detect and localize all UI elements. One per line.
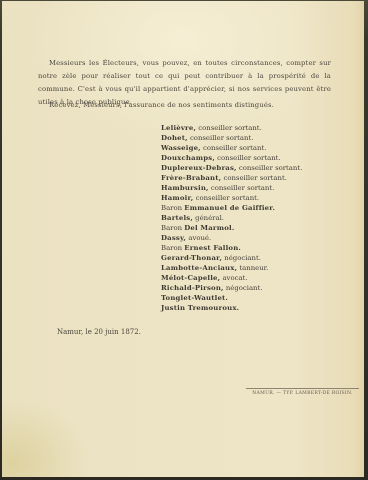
candidate-role: négociant. [224,284,263,292]
candidate-prefix: Baron [161,244,184,252]
candidate-role: avocat. [220,274,247,282]
candidate-name: Justin Tremouroux. [161,304,239,312]
candidate-row: Wasseige, conseiller sortant. [161,143,302,153]
candidate-list: Lelièvre, conseiller sortant. Dohet, con… [161,123,302,313]
candidate-row: Dassy, avoué. [161,233,302,243]
closing-line: Recevez, Messieurs, l'assurance de nos s… [38,99,331,112]
candidate-role: conseiller sortant. [193,194,259,202]
candidate-name: Lambotte-Anciaux, [161,264,237,272]
candidate-row: Baron Emmanuel de Gaiffier. [161,203,302,213]
candidate-row: Dohet, conseiller sortant. [161,133,302,143]
candidate-row: Hambursin, conseiller sortant. [161,183,302,193]
candidate-row: Douxchamps, conseiller sortant. [161,153,302,163]
date-line: Namur, le 20 juin 1872. [57,328,141,336]
candidate-name: Ernest Fallon. [184,244,241,252]
candidate-role: conseiller sortant. [221,174,287,182]
candidate-role: tanneur. [237,264,268,272]
candidate-row: Duplereux-Debras, conseiller sortant. [161,163,302,173]
candidate-role: avoué. [186,234,211,242]
candidate-name: Hambursin, [161,184,209,192]
candidate-row: Hamoir, conseiller sortant. [161,193,302,203]
candidate-name: Emmanuel de Gaiffier. [184,204,275,212]
candidate-role: conseiller sortant. [188,134,254,142]
candidate-row: Justin Tremouroux. [161,303,302,313]
candidate-role: conseiller sortant. [237,164,303,172]
candidate-row: Gerard-Thonar, négociant. [161,253,302,263]
candidate-role: négociant. [222,254,261,262]
candidate-row: Tonglet-Wautlet. [161,293,302,303]
candidate-name: Dohet, [161,134,188,142]
candidate-name: Tonglet-Wautlet. [161,294,228,302]
candidate-name: Duplereux-Debras, [161,164,237,172]
candidate-role: conseiller sortant. [201,144,267,152]
candidate-row: Richald-Pirson, négociant. [161,283,302,293]
candidate-name: Richald-Pirson, [161,284,224,292]
candidate-name: Lelièvre, [161,124,196,132]
candidate-row: Bartels, général. [161,213,302,223]
paper: Messieurs les Électeurs, vous pouvez, en… [2,1,364,477]
candidate-name: Wasseige, [161,144,201,152]
candidate-row: Lelièvre, conseiller sortant. [161,123,302,133]
candidate-name: Bartels, [161,214,193,222]
candidate-name: Mélot-Capelle, [161,274,220,282]
candidate-role: conseiller sortant. [215,154,281,162]
candidate-row: Baron Del Marmol. [161,223,302,233]
scan-background: Messieurs les Électeurs, vous pouvez, en… [0,0,368,480]
candidate-name: Hamoir, [161,194,193,202]
candidate-row: Mélot-Capelle, avocat. [161,273,302,283]
printer-imprint: NAMUR. — TYP. LAMBERT-DE ROISIN. [246,388,359,396]
candidate-prefix: Baron [161,204,184,212]
candidate-name: Gerard-Thonar, [161,254,222,262]
candidate-name: Dassy, [161,234,186,242]
candidate-name: Douxchamps, [161,154,215,162]
candidate-role: général. [193,214,224,222]
candidate-row: Lambotte-Anciaux, tanneur. [161,263,302,273]
candidate-row: Frère-Brabant, conseiller sortant. [161,173,302,183]
candidate-prefix: Baron [161,224,184,232]
candidate-role: conseiller sortant. [196,124,262,132]
candidate-role: conseiller sortant. [209,184,275,192]
candidate-name: Del Marmol. [184,224,234,232]
candidate-row: Baron Ernest Fallon. [161,243,302,253]
candidate-name: Frère-Brabant, [161,174,221,182]
